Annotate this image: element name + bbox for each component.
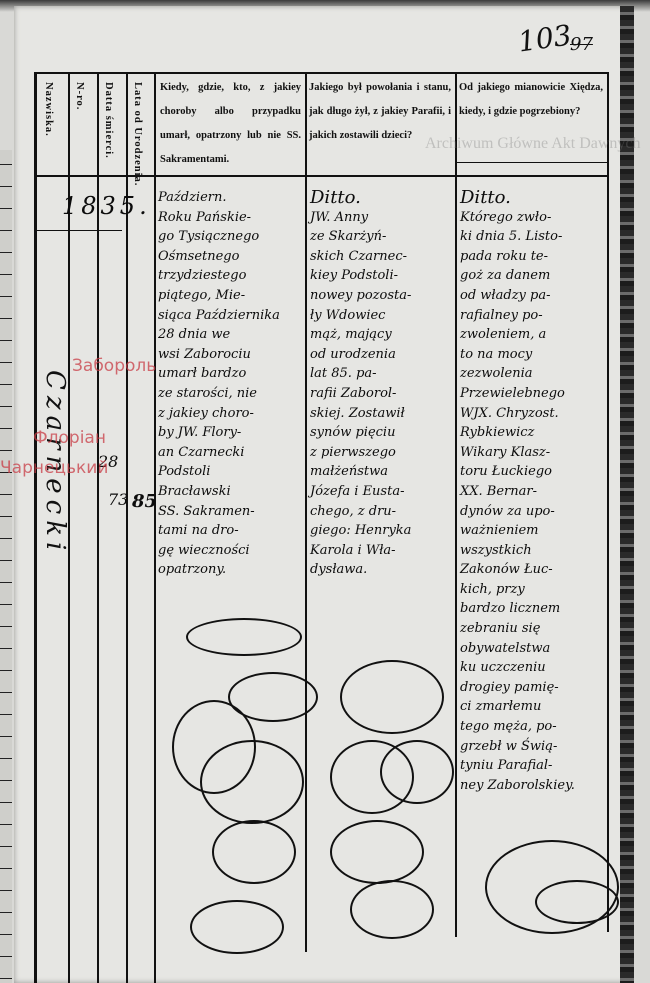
burial-line: zebraniu się (460, 619, 610, 639)
entry-year: 1835. (62, 192, 151, 220)
burial-line: bardzo licznem (460, 599, 610, 619)
occupation-line: synów pięciu (310, 423, 458, 443)
occupation-line: kiey Podstoli- (310, 266, 458, 286)
occupation-line: mąż, mający (310, 325, 458, 345)
table-top-border (34, 72, 608, 74)
burial-line: ważnieniem (460, 521, 610, 541)
entry-burial: Ditto. Którego zwło- ki dnia 5. Listo- p… (460, 188, 610, 795)
overlay-surname: Чарнецький (0, 458, 108, 478)
circumstances-line: siąca Października (158, 306, 308, 326)
flourish-col6-5 (350, 880, 434, 939)
circumstances-line: wsi Zaborociu (158, 345, 308, 365)
occupation-line: lat 85. pa- (310, 364, 458, 384)
entry-age: 85 (132, 492, 157, 512)
burial-line: zezwolenia (460, 364, 610, 384)
header-data-smierci: Datta śmierci. (103, 82, 114, 159)
occupation-line: ze Skarżyń- (310, 227, 458, 247)
entry-occupation: Ditto. JW. Anny ze Skarżyń- skich Czarne… (310, 188, 458, 580)
occupation-line: z pierwszego (310, 443, 458, 463)
circumstances-line: piątego, Mie- (158, 286, 308, 306)
burial-line: ku uczczeniu (460, 658, 610, 678)
burial-line: rafialney po- (460, 306, 610, 326)
circumstances-line: Roku Pańskie- (158, 208, 308, 228)
flourish-col6-3 (380, 740, 454, 804)
flourish-col6-4 (330, 820, 424, 884)
occupation-line: skiej. Zostawił (310, 404, 458, 424)
occupation-line: od urodzenia (310, 345, 458, 365)
entry-number: 73 (108, 490, 128, 510)
year-row-border (34, 230, 122, 231)
occupation-line: Karola i Wła- (310, 541, 458, 561)
burial-line: WJX. Chryzost. (460, 404, 610, 424)
burial-line: Ditto. (460, 188, 610, 208)
burial-line: ci zmarłemu (460, 697, 610, 717)
header-nazwiska: Nazwiska. (43, 82, 54, 137)
circumstances-line: gę wieczności (158, 541, 308, 561)
flourish-col5-5 (212, 820, 296, 884)
archive-watermark: Archiwum Główne Akt Dawnych (425, 135, 641, 153)
circumstances-line: tami na dro- (158, 521, 308, 541)
burial-line: drogiey pamię- (460, 678, 610, 698)
burial-line: pada roku te- (460, 247, 610, 267)
table-left-border (34, 72, 37, 983)
burial-line: Wikary Klasz- (460, 443, 610, 463)
burial-line: dynów za upo- (460, 502, 610, 522)
circumstances-line: umarł bardzo (158, 364, 308, 384)
header-bottom-border (34, 175, 608, 177)
burial-line: goż za danem (460, 266, 610, 286)
burial-line: Zakonów Łuc- (460, 560, 610, 580)
flourish-col6-1 (340, 660, 444, 734)
overlay-given-name: Флоріан (33, 428, 106, 448)
burial-line: Rybkiewicz (460, 423, 610, 443)
burial-line: Przewielebnego (460, 384, 610, 404)
header-circumstances: Kiedy, gdzie, kto, z jakiey choroby albo… (160, 76, 301, 172)
occupation-line: rafii Zaborol- (310, 384, 458, 404)
flourish-col7-2 (535, 880, 619, 924)
overlay-village: Забороль (72, 356, 156, 376)
burial-line: Którego zwło- (460, 208, 610, 228)
burial-line: ki dnia 5. Listo- (460, 227, 610, 247)
circumstances-line: trzydziestego (158, 266, 308, 286)
occupation-line: ły Wdowiec (310, 306, 458, 326)
occupation-line: JW. Anny (310, 208, 458, 228)
page-number-old: 97 (570, 34, 593, 55)
circumstances-line: go Tysiącznego (158, 227, 308, 247)
occupation-line: nowey pozosta- (310, 286, 458, 306)
entry-circumstances: Październ. Roku Pańskie- go Tysiącznego … (158, 188, 308, 580)
header-numer: N-ro. (74, 82, 85, 110)
burial-line: wszystkich (460, 541, 610, 561)
header-lata-od-urodzenia: Lata od Urodzenia. (132, 82, 143, 186)
occupation-line: giego: Henryka (310, 521, 458, 541)
col7-header-divider (455, 162, 608, 163)
occupation-line: Józefa i Eusta- (310, 482, 458, 502)
circumstances-line: ze starości, nie (158, 384, 308, 404)
burial-line: od władzy pa- (460, 286, 610, 306)
burial-line: tyniu Parafial- (460, 756, 610, 776)
circumstances-line: an Czarnecki (158, 443, 308, 463)
burial-line: ney Zaborolskiey. (460, 776, 610, 796)
circumstances-line: Ośmsetnego (158, 247, 308, 267)
burial-line: obywatelstwa (460, 639, 610, 659)
circumstances-line: Podstoli (158, 462, 308, 482)
burial-line: toru Łuckiego (460, 462, 610, 482)
circumstances-line: z jakiey choro- (158, 404, 308, 424)
header-burial: Od jakiego mianowicie Xiędza, kiedy, i g… (459, 76, 603, 124)
circumstances-line: by JW. Flory- (158, 423, 308, 443)
burial-line: zwoleniem, a (460, 325, 610, 345)
burial-line: kich, przy (460, 580, 610, 600)
occupation-line: chego, z dru- (310, 502, 458, 522)
burial-line: grzebł w Świą- (460, 737, 610, 757)
flourish-col5-6 (190, 900, 284, 954)
flourish-col5-1 (186, 618, 302, 656)
occupation-line: skich Czarnec- (310, 247, 458, 267)
adjacent-page-strip (0, 150, 12, 983)
burial-line: to na mocy (460, 345, 610, 365)
circumstances-line: SS. Sakramen- (158, 502, 308, 522)
col-divider-4 (154, 72, 156, 983)
occupation-line: dysława. (310, 560, 458, 580)
circumstances-line: Bracławski (158, 482, 308, 502)
burial-line: tego męża, po- (460, 717, 610, 737)
flourish-col5-4 (200, 740, 304, 824)
occupation-line: Ditto. (310, 188, 458, 208)
circumstances-line: Październ. (158, 188, 308, 208)
circumstances-line: opatrzony. (158, 560, 308, 580)
circumstances-line: 28 dnia we (158, 325, 308, 345)
burial-line: XX. Bernar- (460, 482, 610, 502)
occupation-line: małżeństwa (310, 462, 458, 482)
